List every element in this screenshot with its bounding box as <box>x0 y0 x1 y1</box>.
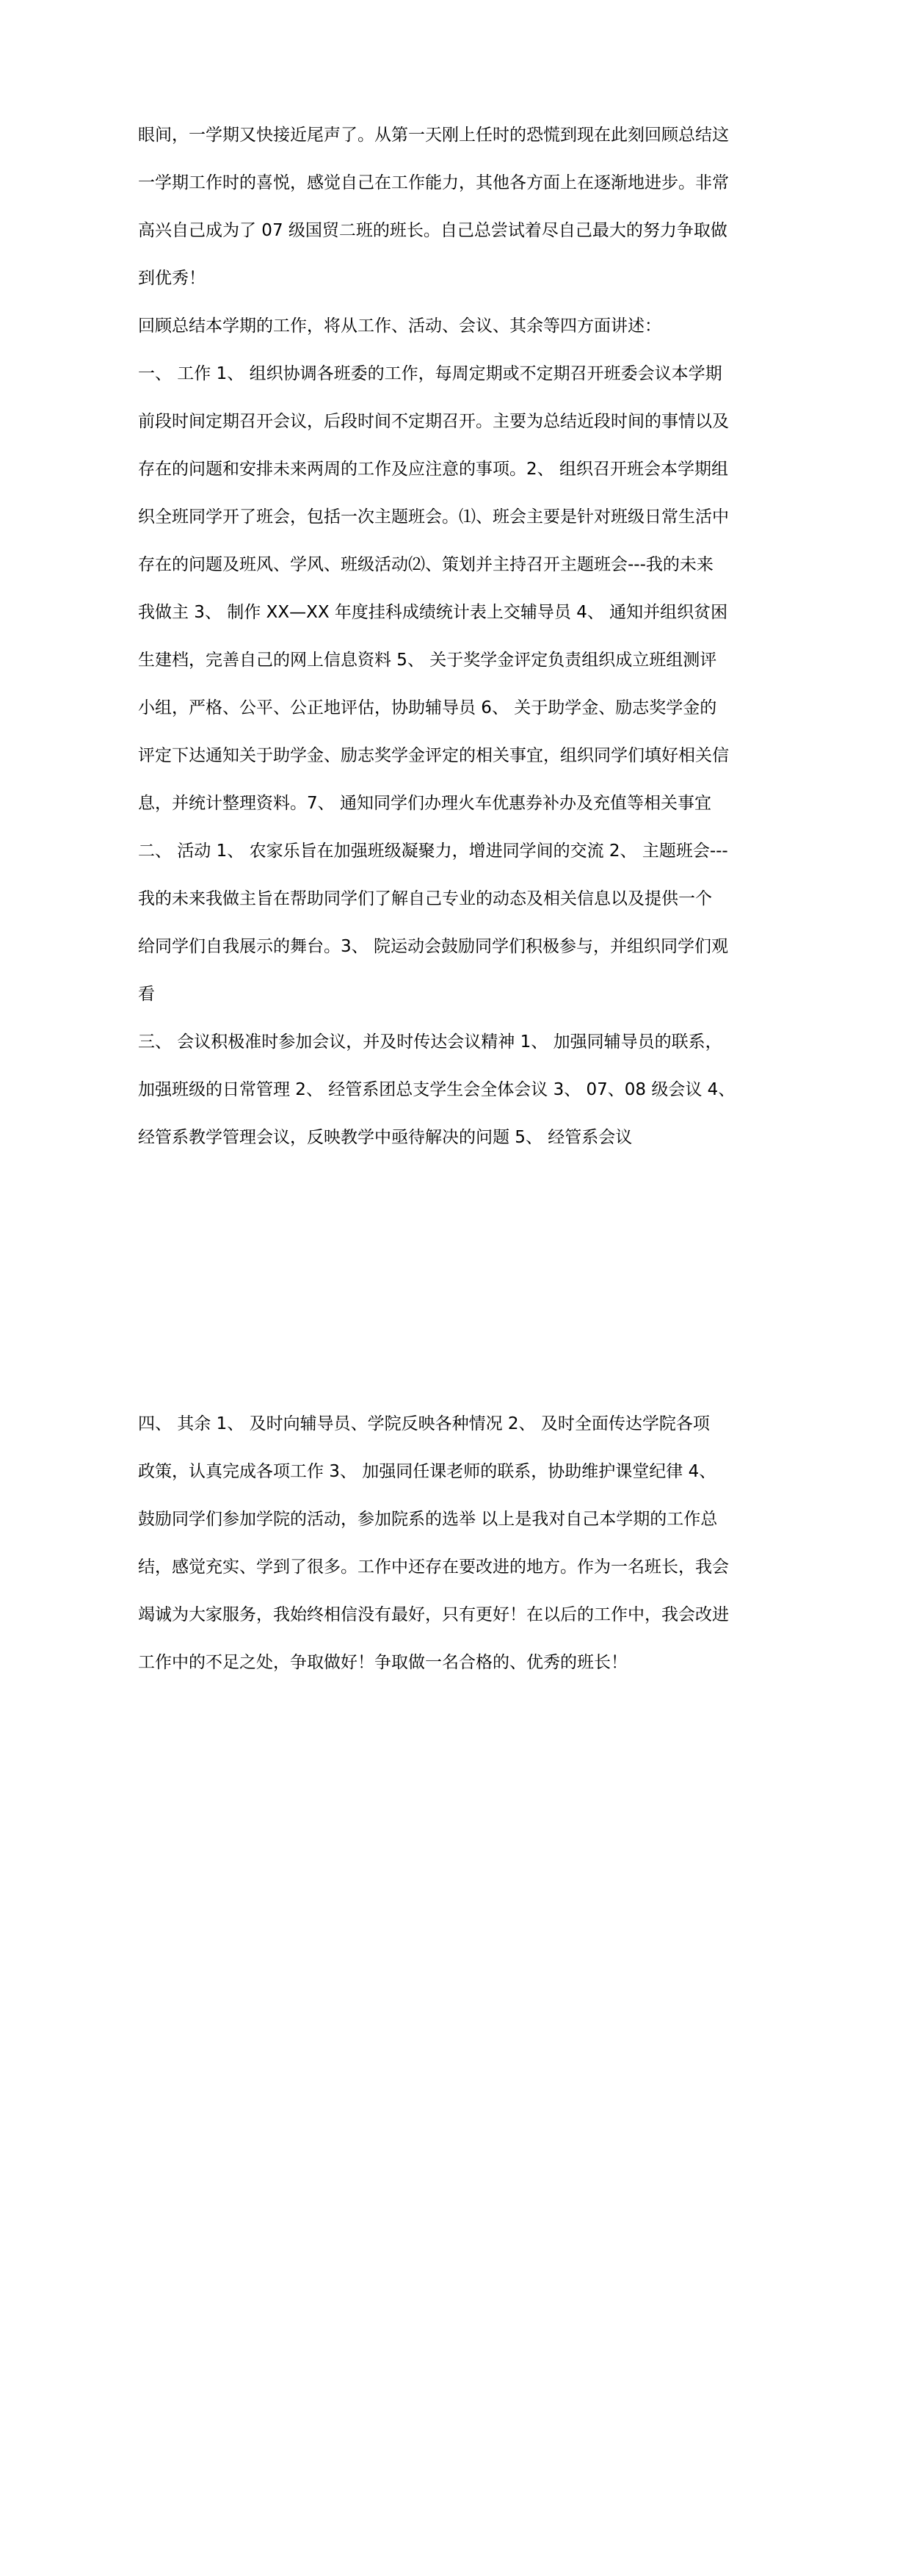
section-heading-work: 一、 工作 1、 组织协调各班委的工作，每周定期或不定期召开班委会议本学期 <box>138 365 784 413</box>
text-line: 加强班级的日常管理 2、 经管系团总支学生会全体会议 3、 07、08 级会议 … <box>138 1081 784 1129</box>
text-line: 生建档，完善自己的网上信息资料 5、 关于奖学金评定负责组织成立班组测评 <box>138 651 784 699</box>
text-line: 存在的问题和安排未来两周的工作及应注意的事项。2、 组织召开班会本学期组 <box>138 460 784 508</box>
section-heading-other: 四、 其余 1、 及时向辅导员、学院反映各种情况 2、 及时全面传达学院各项 <box>138 1415 784 1463</box>
text-line: 高兴自己成为了 07 级国贸二班的班长。自己总尝试着尽自己最大的努力争取做 <box>138 222 784 269</box>
text-line: 息，并统计整理资料。7、 通知同学们办理火车优惠券补办及充值等相关事宜 <box>138 795 784 842</box>
text-line: 鼓励同学们参加学院的活动，参加院系的选举 以上是我对自己本学期的工作总 <box>138 1510 784 1558</box>
section-heading-activities: 二、 活动 1、 农家乐旨在加强班级凝聚力，增进同学间的交流 2、 主题班会--… <box>138 842 784 890</box>
text-line: 政策，认真完成各项工作 3、 加强同任课老师的联系，协助维护课堂纪律 4、 <box>138 1463 784 1510</box>
text-block-main: 眼间，一学期又快接近尾声了。从第一天刚上任时的恐慌到现在此刻回顾总结这 一学期工… <box>138 126 784 1176</box>
text-line: 回顾总结本学期的工作，将从工作、活动、会议、其余等四方面讲述： <box>138 317 784 365</box>
text-line: 竭诚为大家服务，我始终相信没有最好，只有更好！在以后的工作中，我会改进 <box>138 1606 784 1654</box>
document-page: 眼间，一学期又快接近尾声了。从第一天刚上任时的恐慌到现在此刻回顾总结这 一学期工… <box>0 0 911 2576</box>
text-line: 给同学们自我展示的舞台。3、 院运动会鼓励同学们积极参与，并组织同学们观 <box>138 938 784 985</box>
text-line: 织全班同学开了班会，包括一次主题班会。⑴、班会主要是针对班级日常生活中 <box>138 508 784 556</box>
text-line: 到优秀！ <box>138 269 784 317</box>
text-line: 评定下达通知关于助学金、励志奖学金评定的相关事宜，组织同学们填好相关信 <box>138 747 784 795</box>
text-line: 工作中的不足之处，争取做好！争取做一名合格的、优秀的班长！ <box>138 1654 784 1701</box>
text-line: 看 <box>138 985 784 1033</box>
text-line: 结，感觉充实、学到了很多。工作中还存在要改进的地方。作为一名班长，我会 <box>138 1558 784 1606</box>
text-line: 前段时间定期召开会议，后段时间不定期召开。主要为总结近段时间的事情以及 <box>138 413 784 460</box>
text-line: 眼间，一学期又快接近尾声了。从第一天刚上任时的恐慌到现在此刻回顾总结这 <box>138 126 784 174</box>
text-line: 小组，严格、公平、公正地评估，协助辅导员 6、 关于助学金、励志奖学金的 <box>138 699 784 747</box>
text-line: 经管系教学管理会议，反映教学中亟待解决的问题 5、 经管系会议 <box>138 1129 784 1176</box>
text-block-other: 四、 其余 1、 及时向辅导员、学院反映各种情况 2、 及时全面传达学院各项 政… <box>138 1415 784 1701</box>
section-heading-meetings: 三、 会议积极准时参加会议，并及时传达会议精神 1、 加强同辅导员的联系， <box>138 1033 784 1081</box>
text-line: 我做主 3、 制作 XX—XX 年度挂科成绩统计表上交辅导员 4、 通知并组织贫… <box>138 604 784 651</box>
text-line: 一学期工作时的喜悦，感觉自己在工作能力，其他各方面上在逐渐地进步。非常 <box>138 174 784 222</box>
text-line: 存在的问题及班风、学风、班级活动⑵、策划并主持召开主题班会---我的未来 <box>138 556 784 604</box>
text-line: 我的未来我做主旨在帮助同学们了解自己专业的动态及相关信息以及提供一个 <box>138 890 784 938</box>
